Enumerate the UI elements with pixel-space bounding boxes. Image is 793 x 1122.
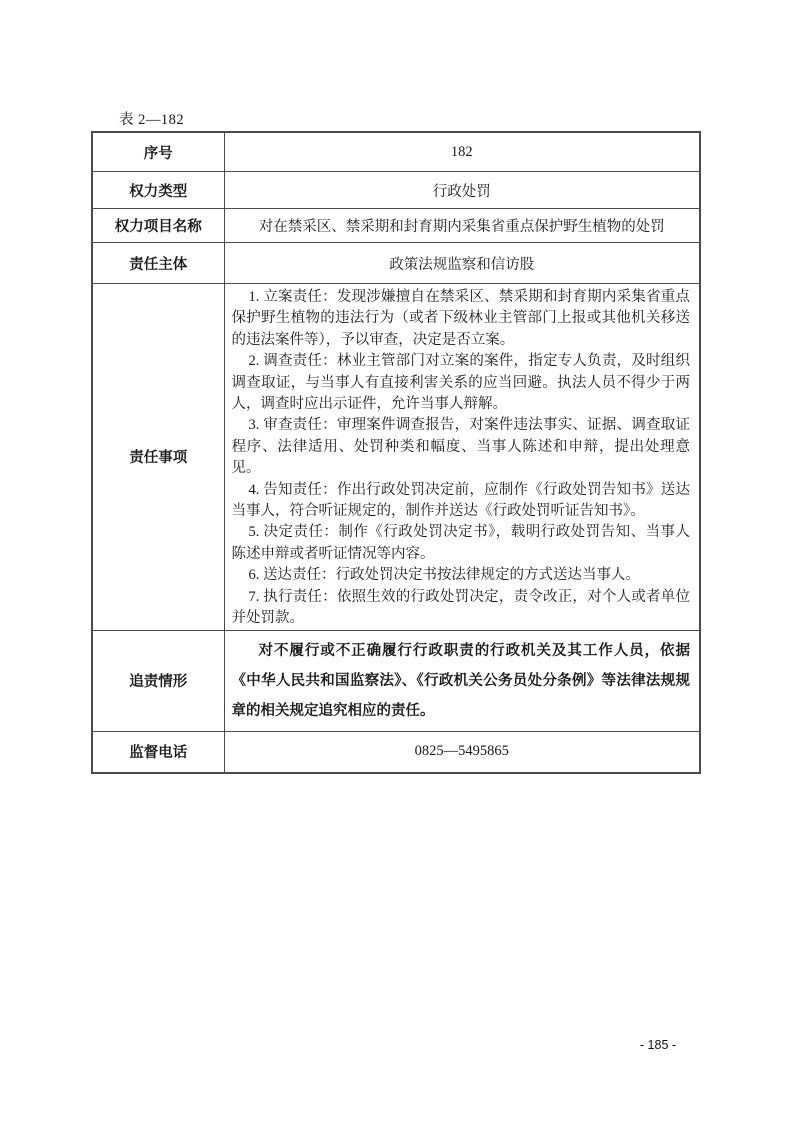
duty-paragraph-delivery: 6. 送达责任：行政处罚决定书按法律规定的方式送达当事人。 (232, 565, 691, 586)
document-page: 表 2—182 序号 182 权力类型 行政处罚 权力项目名称 对在禁采区、禁采… (0, 0, 793, 1122)
page-number: - 185 - (608, 1038, 708, 1052)
table-row: 责任主体 政策法规监察和信访股 (92, 243, 700, 284)
row-value-serial-number: 182 (224, 132, 700, 172)
table-row: 责任事项 1. 立案责任：发现涉嫌擅自在禁采区、禁采期和封育期内采集省重点保护野… (92, 284, 700, 631)
table-row: 监督电话 0825—5495865 (92, 731, 700, 773)
table-caption: 表 2—182 (119, 108, 184, 129)
duty-paragraph-filing: 1. 立案责任：发现涉嫌擅自在禁采区、禁采期和封育期内采集省重点保护野生植物的违… (232, 287, 691, 351)
duty-paragraph-review: 3. 审查责任：审理案件调查报告，对案件违法事实、证据、调查取证程序、法律适用、… (232, 415, 691, 479)
row-label-serial-number: 序号 (92, 132, 224, 172)
row-value-accountability: 对不履行或不正确履行行政职责的行政机关及其工作人员，依据《中华人民共和国监察法》… (224, 630, 700, 731)
duty-paragraph-decision: 5. 决定责任：制作《行政处罚决定书》，载明行政处罚告知、当事人陈述申辩或者听证… (232, 522, 691, 565)
row-label-power-type: 权力类型 (92, 172, 224, 209)
row-value-supervision-phone: 0825—5495865 (224, 731, 700, 773)
row-value-responsible-entity: 政策法规监察和信访股 (224, 243, 700, 284)
duty-paragraph-enforcement: 7. 执行责任：依照生效的行政处罚决定，责令改正，对个人或者单位并处罚款。 (232, 587, 691, 630)
responsibility-table: 序号 182 权力类型 行政处罚 权力项目名称 对在禁采区、禁采期和封育期内采集… (91, 131, 701, 774)
row-value-responsibility-items: 1. 立案责任：发现涉嫌擅自在禁采区、禁采期和封育期内采集省重点保护野生植物的违… (224, 284, 700, 631)
table-row: 权力类型 行政处罚 (92, 172, 700, 209)
row-value-power-item-name: 对在禁采区、禁采期和封育期内采集省重点保护野生植物的处罚 (224, 209, 700, 243)
row-label-power-item-name: 权力项目名称 (92, 209, 224, 243)
table-row: 权力项目名称 对在禁采区、禁采期和封育期内采集省重点保护野生植物的处罚 (92, 209, 700, 243)
duty-paragraph-investigation: 2. 调查责任：林业主管部门对立案的案件，指定专人负责，及时组织调查取证，与当事… (232, 351, 691, 415)
table-row: 追责情形 对不履行或不正确履行行政职责的行政机关及其工作人员，依据《中华人民共和… (92, 630, 700, 731)
duty-paragraph-notification: 4. 告知责任：作出行政处罚决定前，应制作《行政处罚告知书》送达当事人，符合听证… (232, 480, 691, 523)
row-label-accountability: 追责情形 (92, 630, 224, 731)
row-label-responsible-entity: 责任主体 (92, 243, 224, 284)
row-label-supervision-phone: 监督电话 (92, 731, 224, 773)
row-value-power-type: 行政处罚 (224, 172, 700, 209)
table-row: 序号 182 (92, 132, 700, 172)
row-label-responsibility-items: 责任事项 (92, 284, 224, 631)
